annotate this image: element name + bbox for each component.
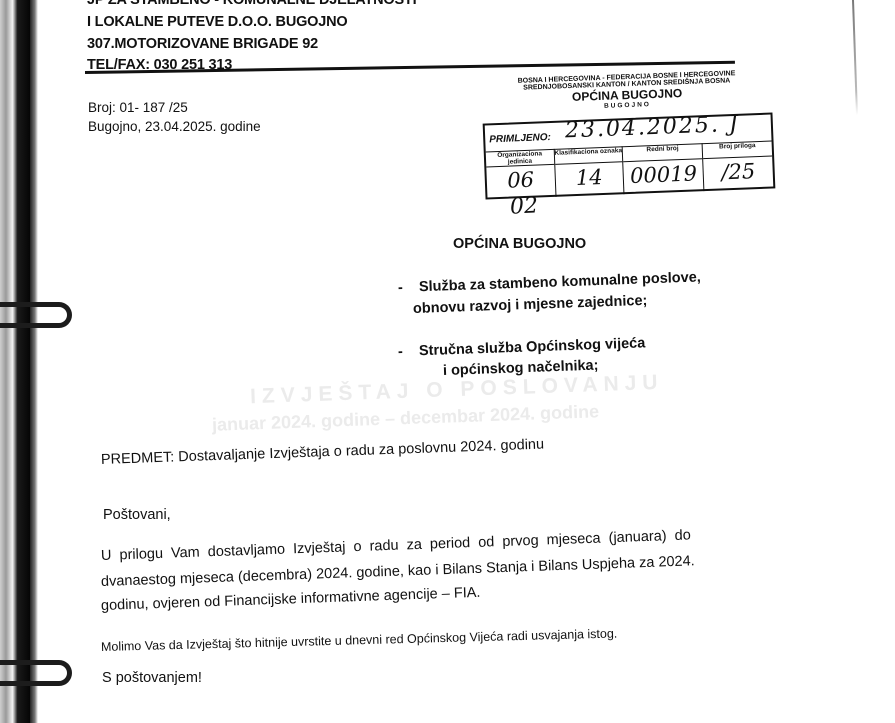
letter-subject: PREDMET: Dostavaljanje Izvještaja o radu… <box>101 437 545 468</box>
reference-number: Broj: 01- 187 /25 <box>88 100 188 115</box>
stamp-col-org-unit: Organizaciona jedinica 06 <box>486 149 556 200</box>
stamp-col-header: Klasifikaciona oznaka <box>554 146 622 165</box>
company-address: 307.MOTORIZOVANE BRIGADE 92 <box>87 36 318 52</box>
recipient-service-1-line1: - Služba za stambeno komunalne poslove, <box>398 269 701 296</box>
recipient-title: OPĆINA BUGOJNO <box>453 236 586 252</box>
stamp-col-classification: Klasifikaciona oznaka 14 <box>554 146 624 197</box>
received-stamp: PRIMLJENO: 23.04.2025. J Organizaciona j… <box>483 112 776 199</box>
bullet-dash: - <box>398 280 403 296</box>
stamp-col-value: /25 <box>704 159 773 186</box>
stamp-col-header: Broj priloga <box>703 141 772 160</box>
letter-body-line3: godinu, ovjeren od Financijske informati… <box>101 585 481 614</box>
bullet-dash: - <box>398 344 403 360</box>
letter-request: Molimo Vas da Izvještaj što hitnije uvrs… <box>101 626 618 654</box>
letter-closing: S poštovanjem! <box>102 670 202 686</box>
stamp-columns: Organizaciona jedinica 06 Klasifikaciona… <box>486 141 774 200</box>
letter-greeting: Poštovani, <box>103 507 171 523</box>
recipient-service-2-line1: - Stručna služba Općinskog vijeća <box>398 335 646 360</box>
stamp-handwritten-note: 02 <box>509 193 538 219</box>
service-2-text: Stručna služba Općinskog vijeća <box>419 335 646 359</box>
stamp-col-header: Redni broj <box>623 143 703 162</box>
stamp-col-value: 00019 <box>624 161 704 188</box>
stamp-col-attachments: Broj priloga /25 <box>703 141 773 192</box>
recipient-service-1-line2: obnovu razvoj i mjesne zajednice; <box>413 293 648 317</box>
stamp-col-value: 14 <box>555 164 623 191</box>
company-name-line2: I LOKALNE PUTEVE D.O.O. BUGOJNO <box>87 14 347 30</box>
stamp-heading: BOSNA I HERCEGOVINA - FEDERACIJA BOSNE I… <box>486 69 767 114</box>
stamp-received-date: 23.04.2025. J <box>565 112 741 144</box>
scanned-letter: JP ZA STAMBENO - KOMUNALNE DJELATNOSTI I… <box>0 0 895 723</box>
stamp-col-serial: Redni broj 00019 <box>623 143 705 194</box>
stamp-col-value: 06 <box>486 167 554 194</box>
stamp-received-label: PRIMLJENO: <box>489 132 551 145</box>
company-name-line1: JP ZA STAMBENO - KOMUNALNE DJELATNOSTI <box>87 0 416 8</box>
service-1-text: Služba za stambeno komunalne poslove, <box>419 269 701 295</box>
stamp-col-header: Organizaciona jedinica <box>486 149 554 168</box>
place-date: Bugojno, 23.04.2025. godine <box>88 119 261 134</box>
